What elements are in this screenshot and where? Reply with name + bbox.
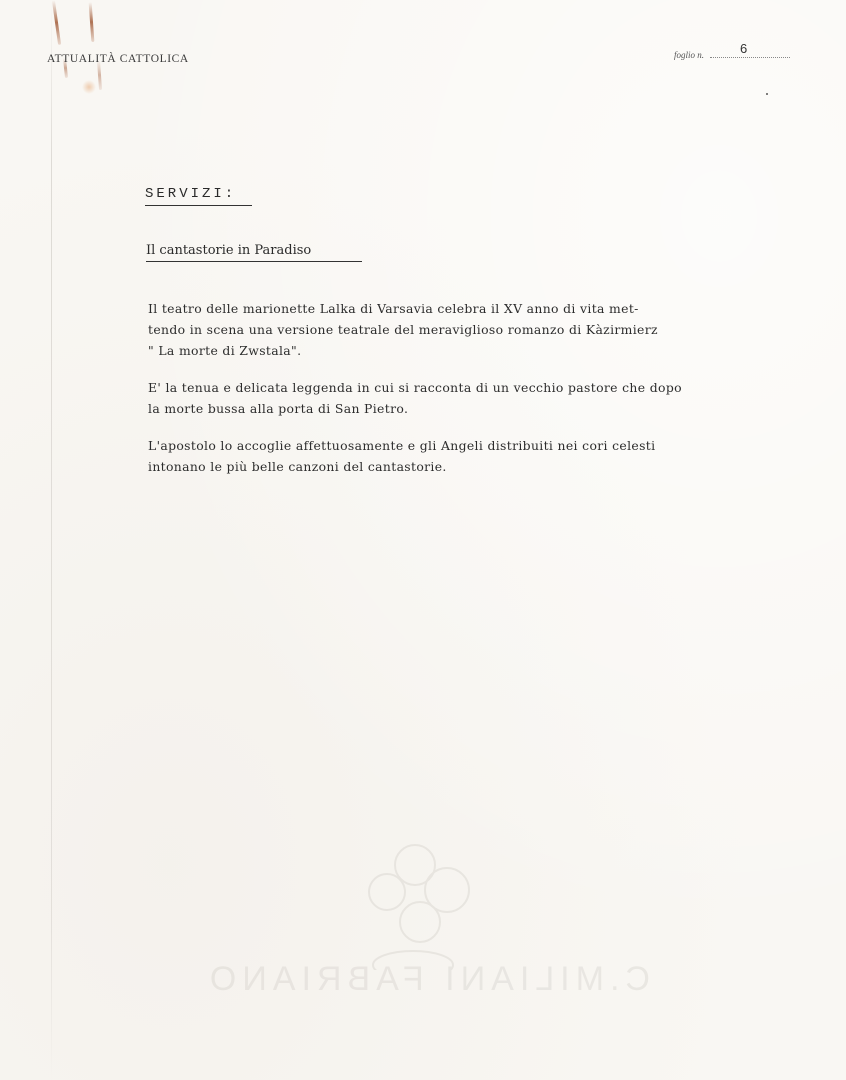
text-line: Il teatro delle marionette Lalka di Vars…: [148, 298, 828, 319]
paragraph: Il teatro delle marionette Lalka di Vars…: [148, 298, 828, 361]
ink-speck: [766, 93, 768, 95]
text-line: " La morte di Zwstala".: [148, 340, 828, 361]
paper-watermark: C.MILIANI FABRIANO: [175, 830, 655, 1010]
rust-stain: [89, 2, 95, 42]
folio-label: foglio n.: [674, 50, 704, 60]
rust-stain: [52, 0, 61, 45]
watermark-text: C.MILIANI FABRIANO: [180, 960, 650, 999]
text-line: intonano le più belle canzoni del cantas…: [148, 456, 828, 477]
article-title: Il cantastorie in Paradiso: [146, 243, 362, 262]
paragraph: E' la tenua e delicata leggenda in cui s…: [148, 377, 828, 419]
clover-emblem-icon: [175, 830, 655, 970]
text-line: L'apostolo lo accoglie affettuosamente e…: [148, 435, 828, 456]
document-page: ATTUALITÀ CATTOLICA foglio n. 6 SERVIZI:…: [0, 0, 846, 1080]
publication-letterhead: ATTUALITÀ CATTOLICA: [47, 53, 189, 65]
text-line: tendo in scena una versione teatrale del…: [148, 319, 828, 340]
folio-field: foglio n. 6: [674, 45, 790, 60]
text-line: E' la tenua e delicata leggenda in cui s…: [148, 377, 828, 398]
paragraph: L'apostolo lo accoglie affettuosamente e…: [148, 435, 828, 477]
rust-spot: [82, 80, 96, 94]
text-line: la morte bussa alla porta di San Pietro.: [148, 398, 828, 419]
section-title: SERVIZI:: [145, 186, 252, 206]
folio-number: 6: [740, 41, 747, 56]
article-body: Il teatro delle marionette Lalka di Vars…: [148, 298, 828, 493]
paper-fold-line: [51, 0, 52, 1080]
folio-dotted-line: 6: [710, 45, 790, 58]
